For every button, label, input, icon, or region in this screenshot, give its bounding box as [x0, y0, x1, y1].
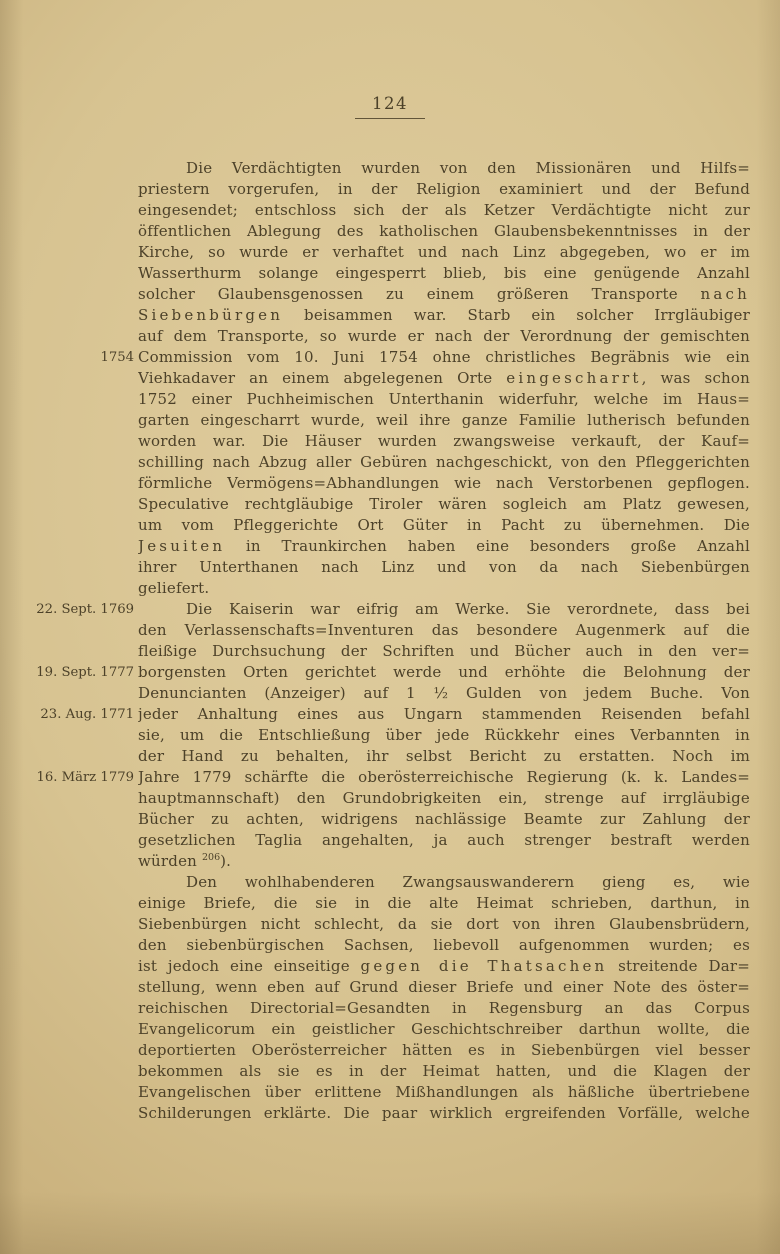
text-line: jeder Anhaltung eines aus Ungarn stammen… [138, 704, 750, 725]
text-line: Wasserthurm solange eingesperrt blieb, b… [138, 263, 750, 284]
text-line: einige Briefe, die sie in die alte Heima… [138, 893, 750, 914]
text-line: Denuncianten (Anzeiger) auf 1 ½ Gulden v… [138, 683, 750, 704]
letter-spaced-text: Siebenbürgen [138, 306, 283, 324]
letter-spaced-text: eingescharrt [506, 369, 641, 387]
text-line: Jesuiten in Traunkirchen haben eine beso… [138, 536, 750, 557]
letter-spaced-text: Jesuiten [138, 537, 225, 555]
text-line: um vom Pfleggerichte Ort Güter in Pacht … [138, 515, 750, 536]
text-line: den Verlassenschafts=Inventuren das beso… [138, 620, 750, 641]
text-line: bekommen als sie es in der Heimat hatten… [138, 1061, 750, 1082]
text-block: Die Verdächtigten wurden von den Mission… [138, 158, 750, 1124]
text-line: ist jedoch eine einseitige gegen die Tha… [138, 956, 750, 977]
page-number: 124 [355, 94, 425, 119]
text-line: geliefert. [138, 578, 750, 599]
page-header: 124 [0, 94, 780, 119]
text-line: Evangelicorum ein geistlicher Geschichts… [138, 1019, 750, 1040]
text-line: Die Verdächtigten wurden von den Mission… [138, 158, 750, 179]
margin-date: 23. Aug. 1771 [24, 704, 134, 725]
book-page: 124 Die Verdächtigten wurden von den Mis… [0, 0, 780, 1254]
text-line: Den wohlhabenderen Zwangsauswanderern gi… [138, 872, 750, 893]
text-line: worden war. Die Häuser wurden zwangsweis… [138, 431, 750, 452]
text-line: hauptmannschaft) den Grundobrigkeiten ei… [138, 788, 750, 809]
text-line: Commission vom 10. Juni 1754 ohne christ… [138, 347, 750, 368]
text-line: deportierten Oberösterreicher hätten es … [138, 1040, 750, 1061]
text-line: Viehkadaver an einem abgelegenen Orte ei… [138, 368, 750, 389]
text-line: borgensten Orten gerichtet werde und erh… [138, 662, 750, 683]
text-line: würden 206). [138, 851, 750, 872]
text-line: Schilderungen erklärte. Die paar wirklic… [138, 1103, 750, 1124]
text-line: stellung, wenn eben auf Grund dieser Bri… [138, 977, 750, 998]
text-line: den siebenbürgischen Sachsen, liebevoll … [138, 935, 750, 956]
text-line: Speculative rechtgläubige Tiroler wären … [138, 494, 750, 515]
margin-date: 1754 [24, 347, 134, 368]
text-line: Die Kaiserin war eifrig am Werke. Sie ve… [138, 599, 750, 620]
text-line: Evangelischen über erlittene Mißhandlung… [138, 1082, 750, 1103]
text-line: öffentlichen Ablegung des katholischen G… [138, 221, 750, 242]
margin-date: 16. März 1779 [24, 767, 134, 788]
text-line: reichischen Directorial=Gesandten in Reg… [138, 998, 750, 1019]
text-line: sie, um die Entschließung über jede Rück… [138, 725, 750, 746]
letter-spaced-text: nach [701, 285, 750, 303]
text-line: Siebenbürgen beisammen war. Starb ein so… [138, 305, 750, 326]
text-line: schilling nach Abzug aller Gebüren nachg… [138, 452, 750, 473]
footnote-ref: 206 [202, 852, 220, 863]
text-line: solcher Glaubensgenossen zu einem größer… [138, 284, 750, 305]
text-line: förmliche Vermögens=Abhandlungen wie nac… [138, 473, 750, 494]
text-line: 1752 einer Puchheimischen Unterthanin wi… [138, 389, 750, 410]
text-line: fleißige Durchsuchung der Schriften und … [138, 641, 750, 662]
text-line: ihrer Unterthanen nach Linz und von da n… [138, 557, 750, 578]
text-line: Jahre 1779 schärfte die oberösterreichis… [138, 767, 750, 788]
text-line: der Hand zu behalten, ihr selbst Bericht… [138, 746, 750, 767]
text-line: auf dem Transporte, so wurde er nach der… [138, 326, 750, 347]
margin-date: 19. Sept. 1777 [24, 662, 134, 683]
scanned-book-page: { "page": { "number": "124", "paper_colo… [0, 0, 780, 1254]
text-line: priestern vorgerufen, in der Religion ex… [138, 179, 750, 200]
text-line: Kirche, so wurde er verhaftet und nach L… [138, 242, 750, 263]
margin-date: 22. Sept. 1769 [24, 599, 134, 620]
text-line: garten eingescharrt wurde, weil ihre gan… [138, 410, 750, 431]
text-line: Bücher zu achten, widrigens nachlässige … [138, 809, 750, 830]
text-line: eingesendet; entschloss sich der als Ket… [138, 200, 750, 221]
letter-spaced-text: gegen die Thatsachen [361, 957, 608, 975]
text-line: gesetzlichen Taglia angehalten, ja auch … [138, 830, 750, 851]
text-line: Siebenbürgen nicht schlecht, da sie dort… [138, 914, 750, 935]
